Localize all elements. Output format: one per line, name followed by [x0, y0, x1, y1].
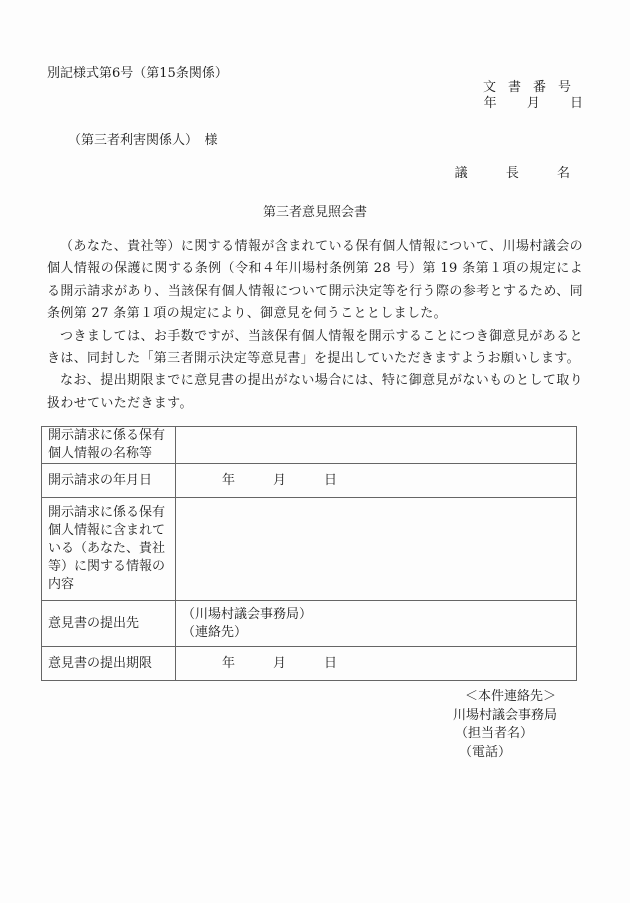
- row-label: 開示請求の年月日: [42, 464, 176, 498]
- row-label: 開示請求に係る保有個人情報の名称等: [42, 427, 176, 464]
- date-month-label: 月: [527, 96, 540, 112]
- table-row: 意見書の提出期限 年月日: [42, 647, 577, 681]
- sender-part: 議: [455, 166, 468, 182]
- document-date: 年 月 日: [458, 96, 583, 112]
- contact-heading: ＜本件連絡先＞: [453, 688, 583, 707]
- addressee: （第三者利害関係人） 様: [68, 133, 218, 149]
- table-row: 開示請求の年月日 年月日: [42, 464, 577, 498]
- row-label: 開示請求に係る保有個人情報に含まれている（あなた、貴社等）に関する情報の内容: [42, 498, 176, 601]
- contact-phone: （電話）: [453, 744, 583, 763]
- sender-part: 長: [506, 166, 519, 182]
- date-year-label: 年: [222, 655, 235, 673]
- table-row: 開示請求に係る保有個人情報に含まれている（あなた、貴社等）に関する情報の内容: [42, 498, 577, 601]
- destination-office: （川場村議会事務局）: [182, 606, 570, 624]
- contact-person: （担当者名）: [453, 725, 583, 744]
- row-value-field[interactable]: [176, 498, 577, 601]
- date-day-label: 日: [570, 96, 583, 112]
- sender-part: 名: [557, 166, 570, 182]
- info-table: 開示請求に係る保有個人情報の名称等 開示請求の年月日 年月日 開示請求に係る保有…: [41, 426, 577, 681]
- submission-destination-field[interactable]: （川場村議会事務局） （連絡先）: [176, 601, 577, 647]
- date-day-label: 日: [324, 655, 337, 673]
- sender-name: 議 長 名: [421, 166, 570, 182]
- date-month-label: 月: [273, 655, 286, 673]
- form-reference: 別記様式第6号（第15条関係）: [47, 66, 228, 82]
- row-label: 意見書の提出先: [42, 601, 176, 647]
- row-value-field[interactable]: [176, 427, 577, 464]
- date-day-label: 日: [324, 472, 337, 490]
- table-row: 開示請求に係る保有個人情報の名称等: [42, 427, 577, 464]
- table-row: 意見書の提出先 （川場村議会事務局） （連絡先）: [42, 601, 577, 647]
- deadline-date-field[interactable]: 年月日: [176, 647, 577, 681]
- body-paragraph: なお、提出期限までに意見書の提出がない場合には、特に御意見がないものとして取り扱…: [47, 370, 583, 415]
- body-paragraph: （あなた、貴社等）に関する情報が含まれている保有個人情報について、川場村議会の個…: [47, 236, 583, 326]
- contact-block: ＜本件連絡先＞ 川場村議会事務局 （担当者名） （電話）: [453, 688, 583, 762]
- body-text: （あなた、貴社等）に関する情報が含まれている保有個人情報について、川場村議会の個…: [47, 236, 583, 415]
- date-year-label: 年: [222, 472, 235, 490]
- date-year-label: 年: [484, 96, 497, 112]
- document-title: 第三者意見照会書: [0, 205, 630, 221]
- request-date-field[interactable]: 年月日: [176, 464, 577, 498]
- body-paragraph: つきましては、お手数ですが、当該保有個人情報を開示することにつき御意見があるとき…: [47, 326, 583, 371]
- destination-contact: （連絡先）: [182, 624, 570, 642]
- date-month-label: 月: [273, 472, 286, 490]
- contact-office: 川場村議会事務局: [453, 707, 583, 726]
- document-number-label: 文書番号: [483, 80, 583, 96]
- row-label: 意見書の提出期限: [42, 647, 176, 681]
